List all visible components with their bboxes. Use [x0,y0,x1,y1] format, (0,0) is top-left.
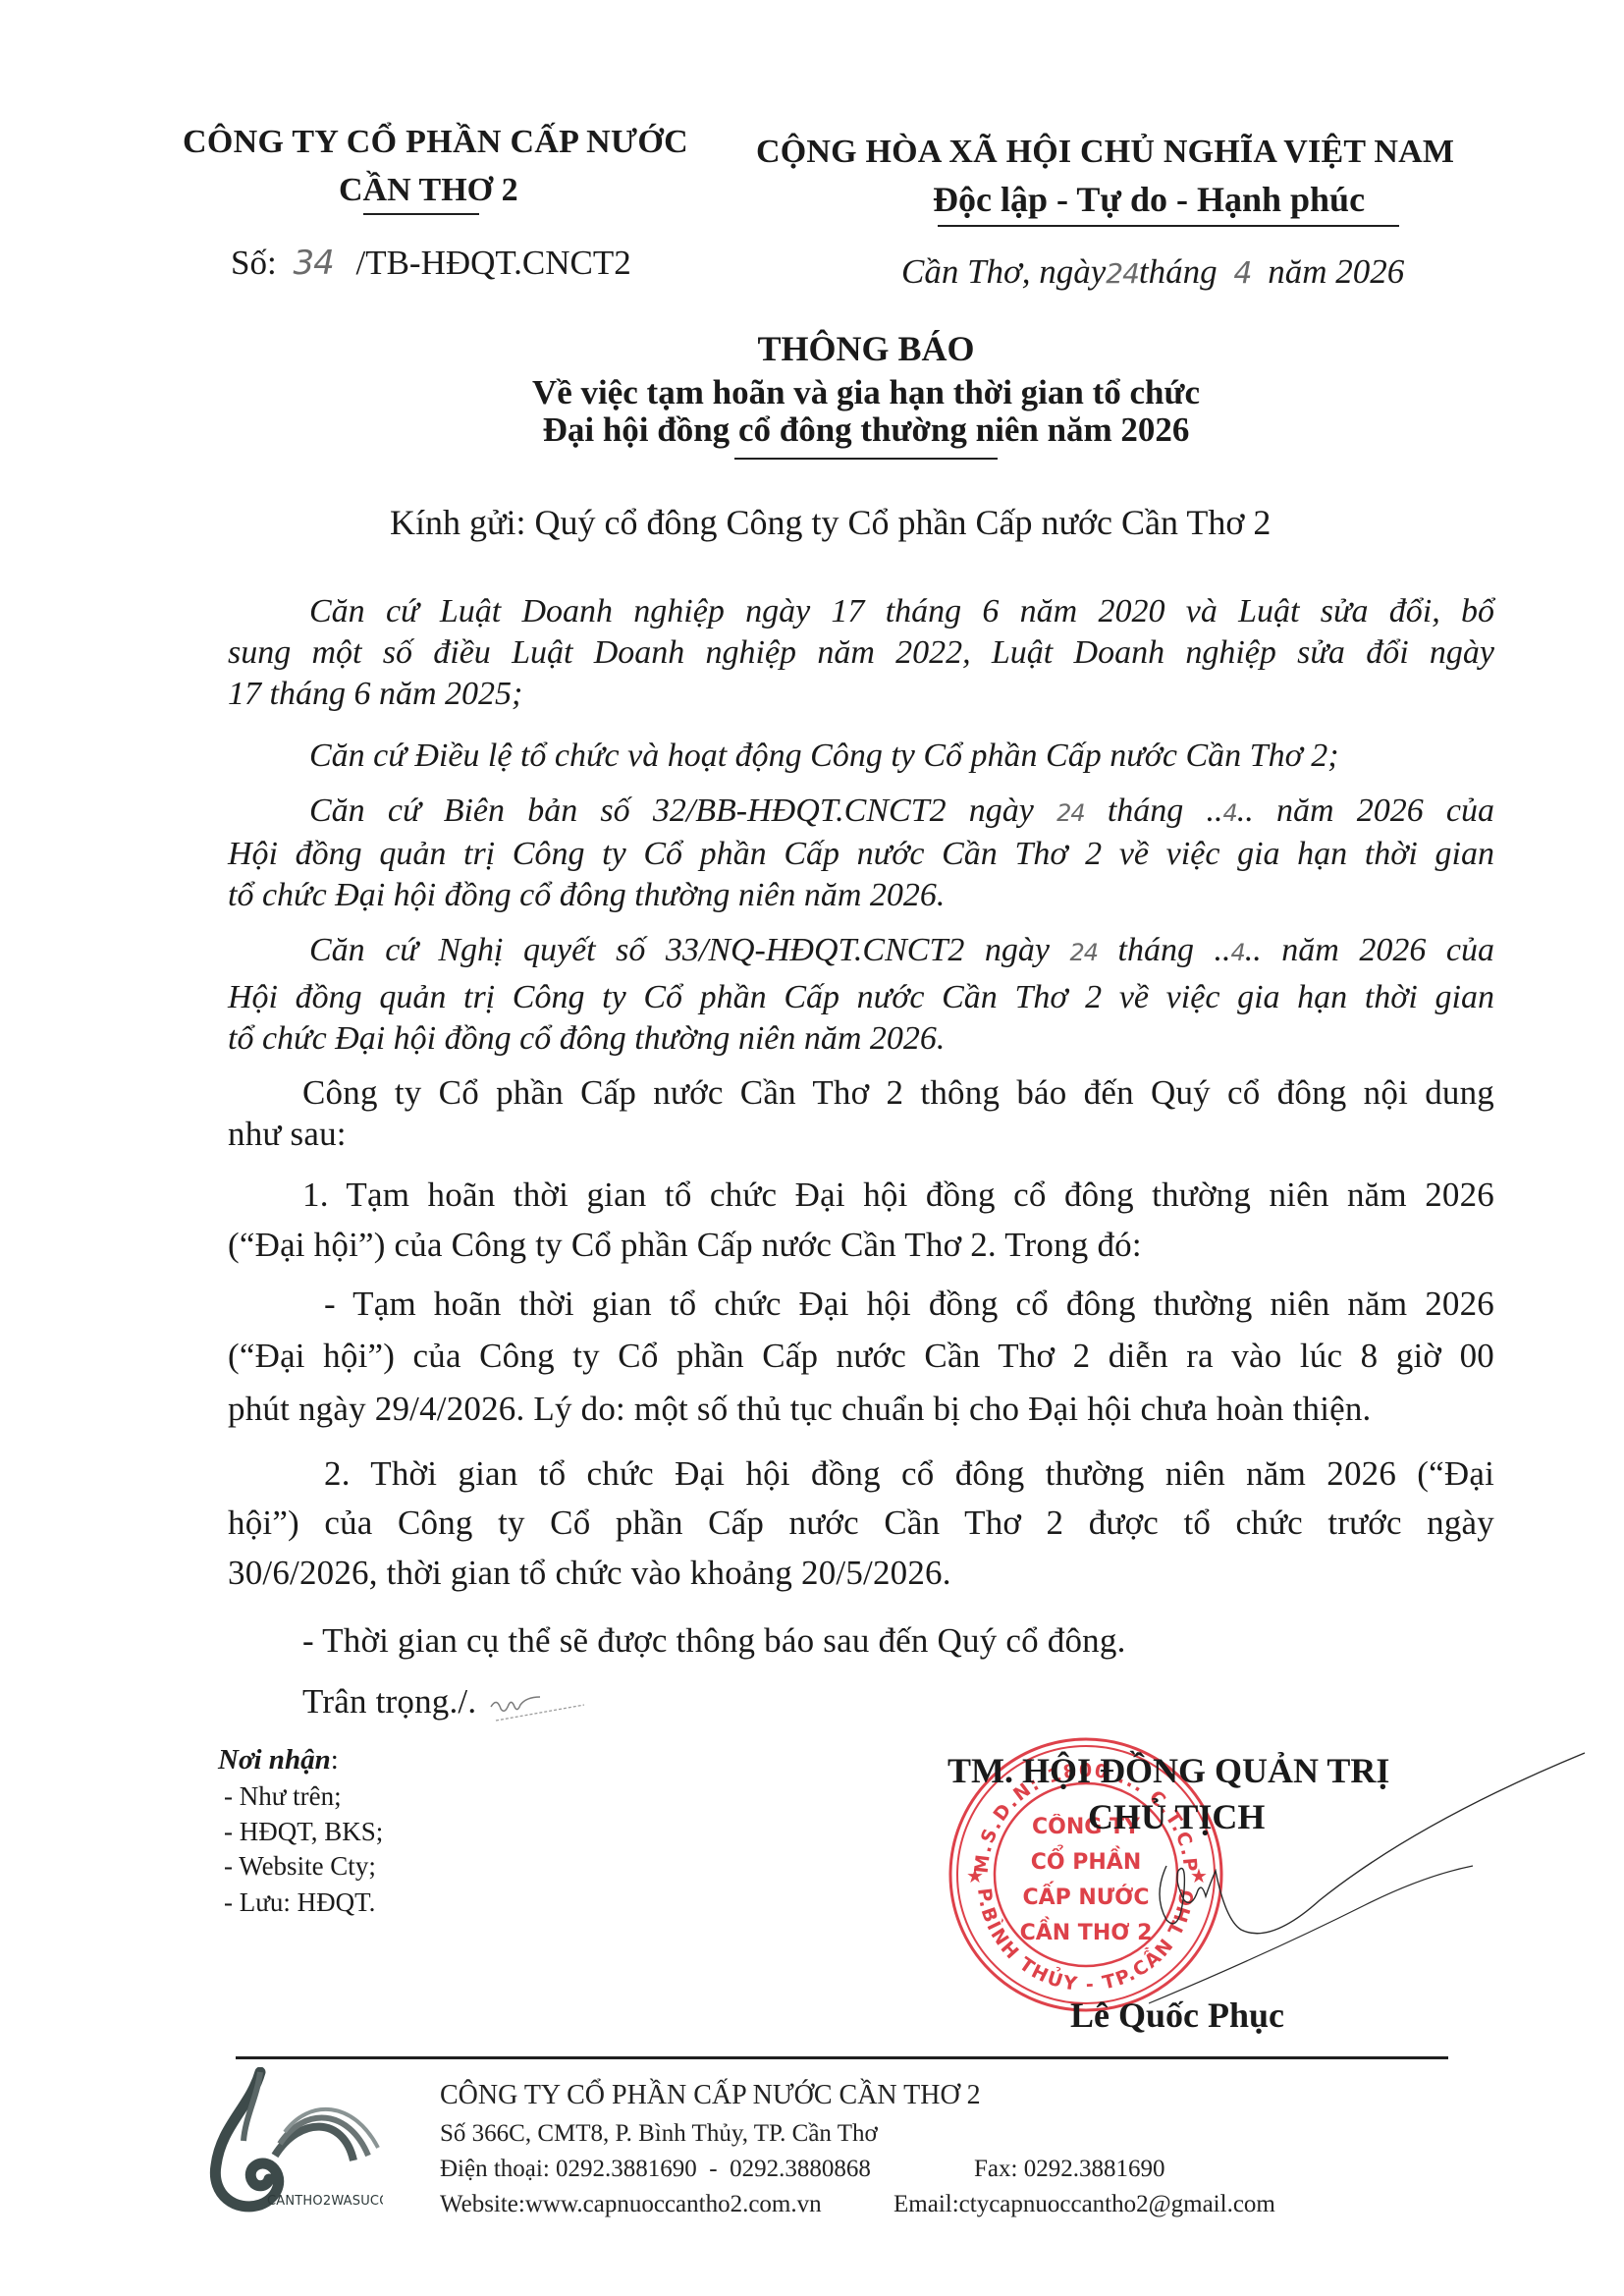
subtitle-part-b: cổ đông thường [738,410,967,449]
footer-address: Số 366C, CMT8, P. Bình Thủy, TP. Cần Thơ [440,2121,878,2146]
recipient-item: - Lưu: HĐQT. [224,1889,375,1916]
basis-resolution-line1: Căn cứ Nghị quyết số 33/NQ-HĐQT.CNCT2 ng… [309,934,1494,967]
document-number: Số: 34 /TB-HĐQT.CNCT2 [231,246,631,280]
resolution-day-handwritten: 24 [1069,939,1098,966]
basis-resolution-line2: Hội đồng quản trị Công ty Cổ phần Cấp nư… [228,981,1494,1014]
document-subtitle-line1: Về việc tạm hoãn và gia hạn thời gian tổ… [0,375,1624,410]
recipient-line: Kính gửi: Quý cổ đông Công ty Cổ phần Cấ… [390,505,1271,540]
document-subtitle-line2: Đại hội đồng cổ đông thường niên năm 202… [0,412,1624,447]
resolution-text-c: .. năm 2026 của [1245,932,1494,968]
recipient-item: - Như trên; [224,1783,342,1810]
footer-fax: Fax: 0292.3881690 [974,2157,1164,2181]
number-suffix: /TB-HĐQT.CNCT2 [355,244,630,282]
closing: Trân trọng./. [302,1684,476,1719]
logo-wordmark: CANTHO2WASUCO [267,2194,383,2209]
recipients-label: Nơi nhận [218,1744,331,1776]
footer-email[interactable]: Email:ctycapnuoccantho2@gmail.com [893,2192,1275,2216]
basis-law-line2: sung một số điều Luật Doanh nghiệp năm 2… [228,636,1494,670]
number-prefix: Số: [231,244,277,282]
number-handwritten: 34 [293,244,333,283]
resolution-text-b: tháng .. [1118,932,1231,968]
document-title: THÔNG BÁO [0,331,1624,366]
date-year: năm 2026 [1268,252,1404,291]
signatory-name: Lê Quốc Phục [1070,1997,1284,2033]
subtitle-part-c: niên năm 2026 [967,410,1190,449]
company-name-line1: CÔNG TY CỔ PHẦN CẤP NƯỚC [183,126,688,159]
recipient-item: - Website Cty; [224,1853,376,1880]
basis-law-line1: Căn cứ Luật Doanh nghiệp ngày 17 tháng 6… [309,595,1494,629]
svg-text:★: ★ [966,1864,984,1887]
date-day-handwritten: 24 [1106,257,1139,290]
date-month-label: tháng [1139,252,1218,291]
footer-website[interactable]: Website:www.capnuoccantho2.com.vn [440,2192,822,2216]
basis-minutes-line3: tổ chức Đại hội đồng cổ đông thường niên… [228,879,945,912]
item1-sub-line1: - Tạm hoãn thời gian tổ chức Đại hội đồn… [324,1286,1494,1321]
item1-line2: (“Đại hội”) của Công ty Cổ phần Cấp nước… [228,1228,1142,1262]
footer-phone: Điện thoại: 0292.3881690 - 0292.3880868 [440,2157,871,2181]
motto-underline [938,225,1399,227]
date-prefix: Cần Thơ, ngày [901,252,1106,291]
minutes-month-handwritten: 4 [1222,799,1236,827]
minutes-text-c: .. năm 2026 của [1237,793,1494,829]
initial-signature-icon [486,1689,594,1728]
intro-line1: Công ty Cổ phần Cấp nước Cần Thơ 2 thông… [302,1075,1494,1110]
svg-text:CẤP NƯỚC: CẤP NƯỚC [1022,1882,1149,1910]
recipients-colon: : [331,1744,339,1776]
recipient-item: - HĐQT, BKS; [224,1819,383,1845]
recipients-heading: Nơi nhận: [218,1746,339,1775]
subtitle-part-a: Đại hội đồng [543,410,738,449]
item2-line1: 2. Thời gian tổ chức Đại hội đồng cổ đôn… [324,1456,1494,1491]
svg-text:CẦN THƠ 2: CẦN THƠ 2 [1020,1917,1153,1945]
resolution-month-handwritten: 4 [1231,939,1245,966]
basis-charter: Căn cứ Điều lệ tổ chức và hoạt động Công… [309,739,1339,773]
title-underline [734,458,998,460]
place-date: Cần Thơ, ngày24tháng 4 năm 2026 [901,254,1404,289]
company-name-line2: CẦN THƠ 2 [339,174,518,207]
basis-law-line3: 17 tháng 6 năm 2025; [228,678,522,711]
item1-sub-line3: phút ngày 29/4/2026. Lý do: một số thủ t… [228,1392,1372,1426]
item2-line3: 30/6/2026, thời gian tổ chức vào khoảng … [228,1556,951,1590]
intro-line2: như sau: [228,1117,347,1151]
footer-divider [236,2056,1448,2059]
minutes-text-a: Căn cứ Biên bản số 32/BB-HĐQT.CNCT2 ngày [309,793,1056,829]
date-month-handwritten: 4 [1233,256,1251,291]
footer-company-name: CÔNG TY CỔ PHẦN CẤP NƯỚC CẦN THƠ 2 [440,2082,981,2109]
minutes-text-b: tháng .. [1108,793,1223,829]
basis-minutes-line1: Căn cứ Biên bản số 32/BB-HĐQT.CNCT2 ngày… [309,794,1494,828]
resolution-text-a: Căn cứ Nghị quyết số 33/NQ-HĐQT.CNCT2 ng… [309,932,1069,968]
item2-line2: hội”) của Công ty Cổ phần Cấp nước Cần T… [228,1505,1494,1540]
company-logo-icon: CANTHO2WASUCO [206,2067,383,2214]
national-motto: Độc lập - Tự do - Hạnh phúc [933,182,1365,217]
svg-text:CỔ PHẦN: CỔ PHẦN [1031,1845,1141,1875]
item1-line1: 1. Tạm hoãn thời gian tổ chức Đại hội đồ… [302,1177,1494,1212]
item1-sub-line2: (“Đại hội”) của Công ty Cổ phần Cấp nước… [228,1339,1494,1373]
company-underline [363,213,479,215]
basis-resolution-line3: tổ chức Đại hội đồng cổ đông thường niên… [228,1022,945,1056]
item2-sub: - Thời gian cụ thể sẽ được thông báo sau… [302,1623,1126,1658]
basis-minutes-line2: Hội đồng quản trị Công ty Cổ phần Cấp nư… [228,838,1494,871]
minutes-day-handwritten: 24 [1056,799,1085,827]
national-title: CỘNG HÒA XÃ HỘI CHỦ NGHĨA VIỆT NAM [756,136,1454,169]
